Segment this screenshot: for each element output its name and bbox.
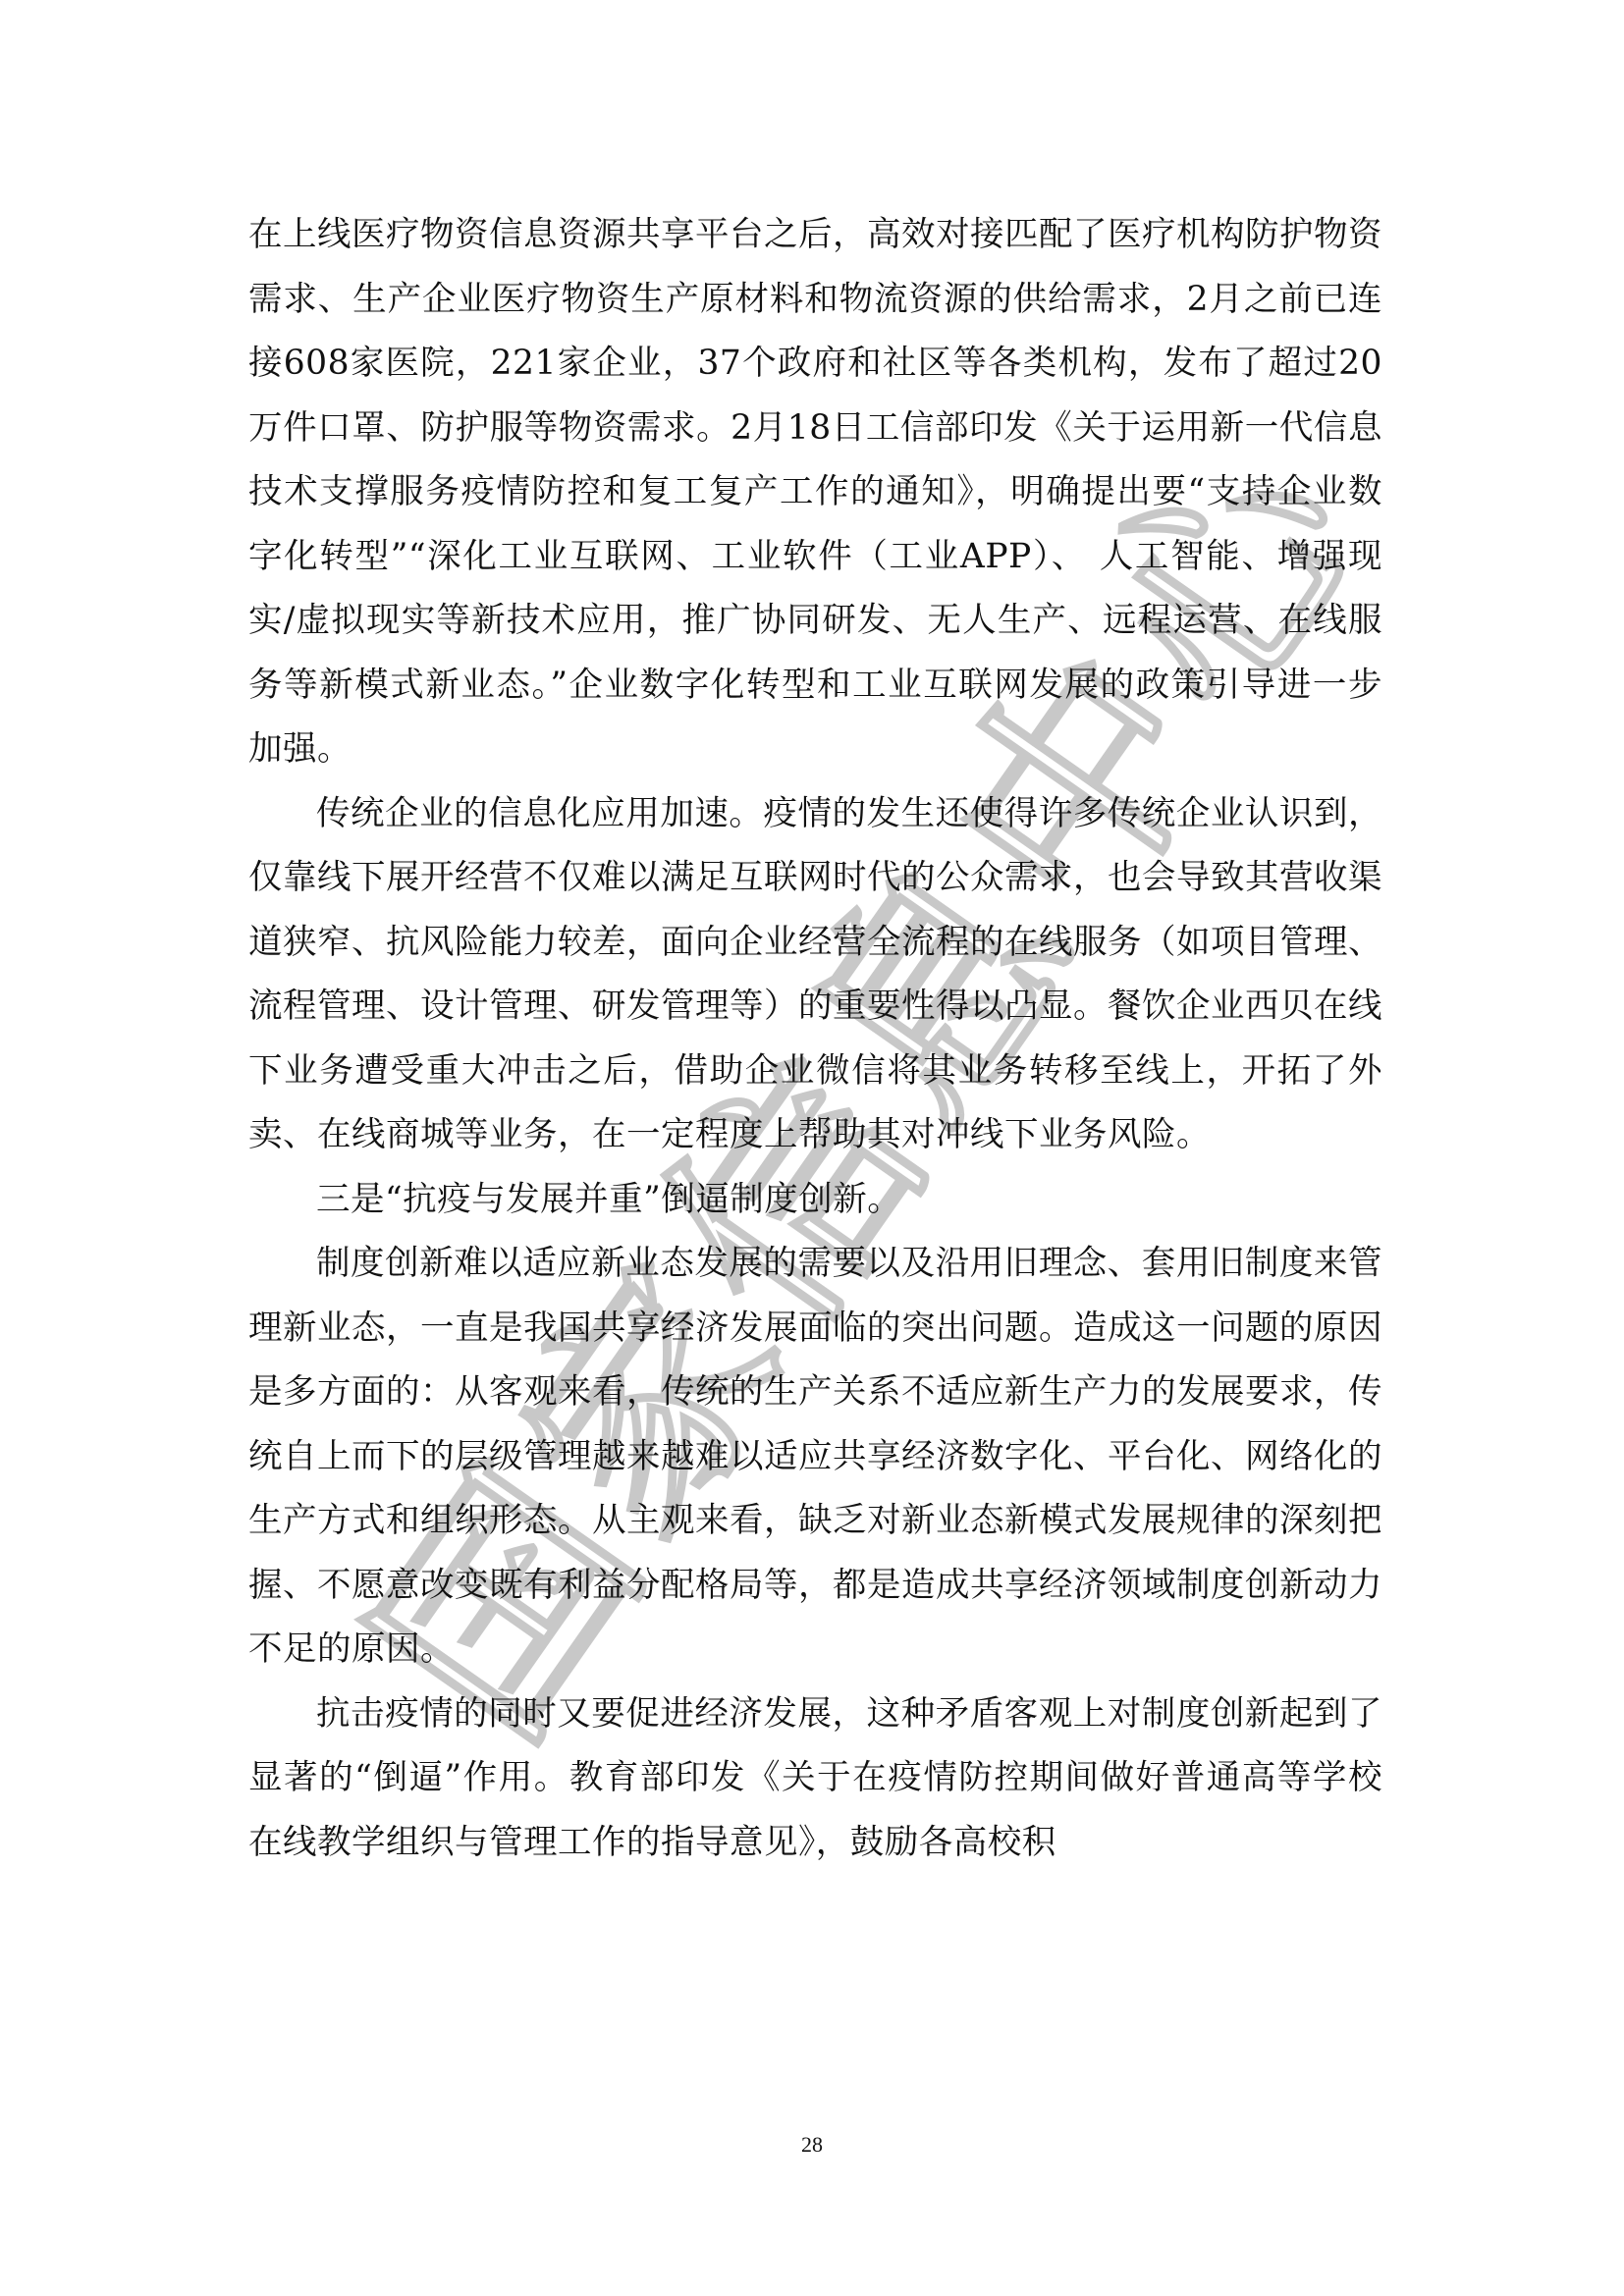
document-page: 国家信息中心 在上线医疗物资信息资源共享平台之后，高效对接匹配了医疗机构防护物资… xyxy=(0,0,1624,2296)
body-text: 在上线医疗物资信息资源共享平台之后，高效对接匹配了医疗机构防护物资需求、生产企业… xyxy=(248,203,1382,1875)
paragraph-continuation: 在上线医疗物资信息资源共享平台之后，高效对接匹配了医疗机构防护物资需求、生产企业… xyxy=(248,203,1382,782)
paragraph-epidemic-pressure: 抗击疫情的同时又要促进经济发展，这种矛盾客观上对制度创新起到了显著的“倒逼”作用… xyxy=(248,1682,1382,1876)
paragraph-institutional-innovation: 制度创新难以适应新业态发展的需要以及沿用旧理念、套用旧制度来管理新业态，一直是我… xyxy=(248,1232,1382,1682)
section-heading-three: 三是“抗疫与发展并重”倒逼制度创新。 xyxy=(248,1168,1382,1233)
page-number: 28 xyxy=(0,2132,1624,2158)
paragraph-traditional-enterprise: 传统企业的信息化应用加速。疫情的发生还使得许多传统企业认识到，仅靠线下展开经营不… xyxy=(248,782,1382,1168)
